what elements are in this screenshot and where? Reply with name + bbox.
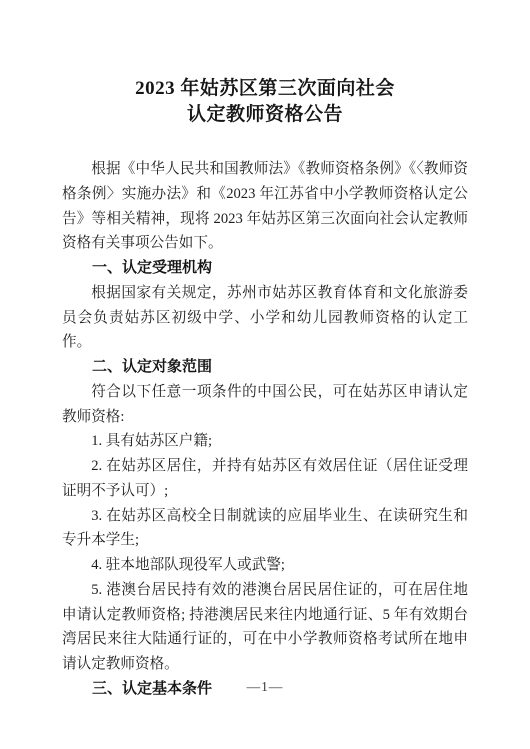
document-body: 根据《中华人民共和国教师法》《教师资格条例》《〈教师资格条例〉实施办法》和《20… [62, 157, 468, 702]
title-line-1: 2023 年姑苏区第三次面向社会 [62, 76, 468, 102]
list-item-5: 5. 港澳台居民持有效的港澳台居民居住证的，可在居住地申请认定教师资格; 持港澳… [62, 578, 468, 677]
document-title: 2023 年姑苏区第三次面向社会 认定教师资格公告 [62, 76, 468, 128]
paragraph-intro: 根据《中华人民共和国教师法》《教师资格条例》《〈教师资格条例〉实施办法》和《20… [62, 157, 468, 256]
title-line-2: 认定教师资格公告 [62, 102, 468, 128]
list-item-3: 3. 在姑苏区高校全日制就读的应届毕业生、在读研究生和专升本学生; [62, 504, 468, 554]
section-heading-2: 二、认定对象范围 [62, 355, 468, 380]
list-item-1: 1. 具有姑苏区户籍; [62, 429, 468, 454]
document-content: 2023 年姑苏区第三次面向社会 认定教师资格公告 根据《中华人民共和国教师法》… [62, 76, 468, 702]
list-item-2: 2. 在姑苏区居住，并持有姑苏区有效居住证（居住证受理证明不予认可）; [62, 454, 468, 504]
paragraph-scope-intro: 符合以下任意一项条件的中国公民，可在姑苏区申请认定教师资格: [62, 380, 468, 430]
list-item-4: 4. 驻本地部队现役军人或武警; [62, 553, 468, 578]
section-heading-1: 一、认定受理机构 [62, 256, 468, 281]
document-page: 2023 年姑苏区第三次面向社会 认定教师资格公告 根据《中华人民共和国教师法》… [0, 0, 530, 749]
paragraph-accepting-agency: 根据国家有关规定，苏州市姑苏区教育体育和文化旅游委员会负责姑苏区初级中学、小学和… [62, 281, 468, 355]
page-number: —1— [0, 679, 530, 695]
